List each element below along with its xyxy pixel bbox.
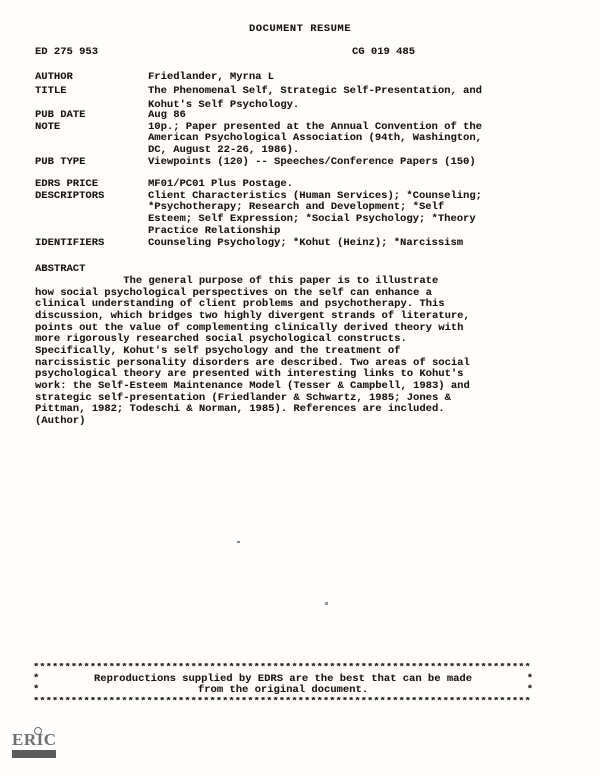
field-descriptors-label: DESCRIPTORS [35,191,148,203]
field-identifiers: IDENTIFIERS Counseling Psychology; *Kohu… [35,238,575,250]
field-group-index: EDRS PRICE MF01/PC01 Plus Postage. DESCR… [35,179,575,249]
field-pub-type: PUB TYPE Viewpoints (120) -- Speeches/Co… [35,157,575,169]
ed-number: ED 275 953 [35,46,98,58]
edrs-reproduction-notice: ****************************************… [33,663,533,708]
field-pub-date-value: Aug 86 [148,110,575,122]
abstract-heading: ABSTRACT [35,263,85,275]
field-title-value: The Phenomenal Self, Strategic Self-Pres… [148,84,575,112]
scan-speck [237,541,240,543]
eric-logo: ERIC [12,731,60,758]
field-note-value: 10p.; Paper presented at the Annual Conv… [148,122,575,157]
scan-speck [325,602,328,605]
star-border-bottom: ****************************************… [33,697,533,708]
field-note: NOTE 10p.; Paper presented at the Annual… [35,122,575,157]
field-pub-date: PUB DATE Aug 86 [35,110,575,122]
reproduction-notice-line-2: * from the original document. * [33,685,533,696]
eric-logo-circle-icon [34,727,42,735]
eric-logo-bar [12,750,56,758]
field-author: AUTHOR Friedlander, Myrna L [35,70,575,84]
field-edrs-price-label: EDRS PRICE [35,179,148,191]
field-edrs-price: EDRS PRICE MF01/PC01 Plus Postage. [35,179,575,191]
abstract-body: The general purpose of this paper is to … [35,276,565,428]
field-identifiers-label: IDENTIFIERS [35,238,148,250]
field-descriptors-value: Client Characteristics (Human Services);… [148,191,575,238]
document-page: DOCUMENT RESUME ED 275 953 CG 019 485 AU… [0,0,600,776]
field-author-value: Friedlander, Myrna L [148,70,575,84]
field-note-label: NOTE [35,122,148,134]
field-identifiers-value: Counseling Psychology; *Kohut (Heinz); *… [148,238,575,250]
field-descriptors: DESCRIPTORS Client Characteristics (Huma… [35,191,575,238]
field-pub-date-label: PUB DATE [35,110,148,122]
field-pub-type-value: Viewpoints (120) -- Speeches/Conference … [148,157,575,169]
cg-number: CG 019 485 [352,46,415,58]
original-document-text: from the original document. [39,685,526,696]
field-title-label: TITLE [35,84,148,98]
field-edrs-price-value: MF01/PC01 Plus Postage. [148,179,575,191]
field-author-label: AUTHOR [35,70,148,84]
field-group-pub: PUB DATE Aug 86 NOTE 10p.; Paper present… [35,110,575,169]
field-pub-type-label: PUB TYPE [35,157,148,169]
star-right: * [527,685,533,696]
field-title: TITLE The Phenomenal Self, Strategic Sel… [35,84,575,112]
document-resume-title: DOCUMENT RESUME [0,23,600,35]
field-group-top: AUTHOR Friedlander, Myrna L TITLE The Ph… [35,70,575,112]
